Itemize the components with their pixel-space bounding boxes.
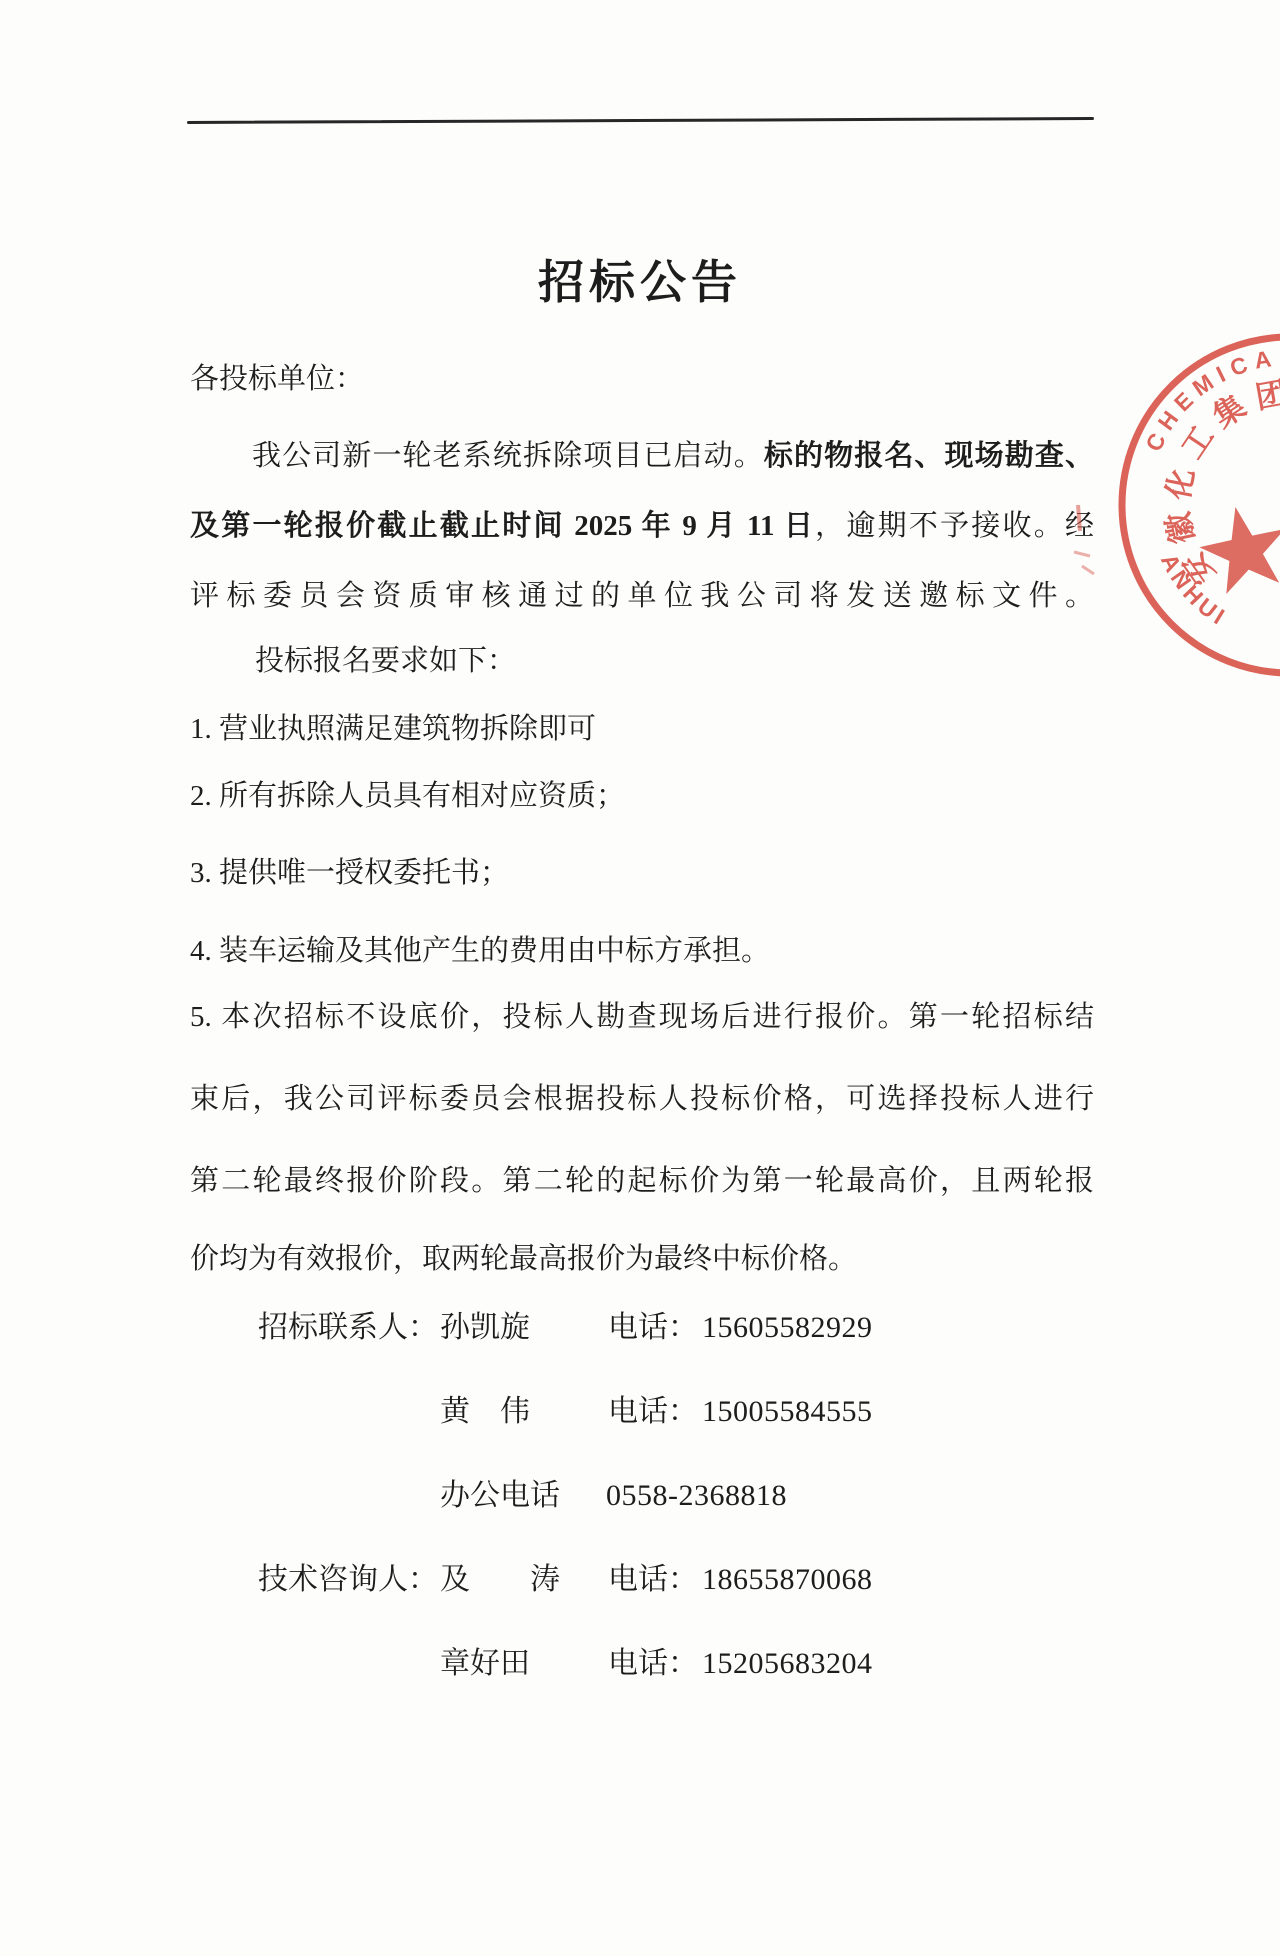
seal-ring-char: 团 [1253, 376, 1280, 416]
list-item-5-line3: 第二轮最终报价阶段。第二轮的起标价为第一轮最高价，且两轮报 [190, 1164, 1094, 1198]
seal-star-icon [1199, 507, 1280, 594]
contact-name: 黄 伟 [440, 1394, 530, 1430]
paragraph1-line1: 我公司新一轮老系统拆除项目已启动。标的物报名、现场勘查、 [190, 439, 1094, 473]
list-item-5-line1: 5. 本次招标不设底价，投标人勘查现场后进行报价。第一轮招标结 [190, 1000, 1094, 1034]
company-seal: CHEMICAL ANHUI 安 徽 化 工 集 团 [1060, 300, 1280, 720]
contact-row: 办公电话 0558-2368818 [0, 1478, 1280, 1518]
list-item-3: 3. 提供唯一授权委托书； [190, 856, 509, 890]
paragraph1-line1-bold: 标的物报名、现场勘查、 [764, 440, 1094, 472]
seal-ring-char: 徽 [1160, 509, 1201, 547]
salutation: 各投标单位： [190, 362, 364, 396]
phone-label: 电话： [608, 1562, 698, 1598]
seal-ring-char: 工 [1174, 420, 1220, 465]
paragraph1-line1-normal: 我公司新一轮老系统拆除项目已启动。 [252, 440, 764, 472]
list-item-4: 4. 装车运输及其他产生的费用由中标方承担。 [190, 934, 770, 968]
paragraph1-line2-normal: ，逾期不予接收。经 [815, 510, 1094, 542]
contact-row: 招标联系人： 孙凯旋 电话： 15605582929 [0, 1310, 1280, 1350]
list-item-5-line2: 束后，我公司评标委员会根据投标人投标价格，可选择投标人进行 [190, 1082, 1094, 1116]
phone-number: 18655870068 [702, 1562, 873, 1598]
paragraph1-line2: 及第一轮报价截止截止时间 2025 年 9 月 11 日，逾期不予接收。经 [190, 509, 1094, 543]
seal-ring-char: 化 [1160, 466, 1200, 504]
list-item-1: 1. 营业执照满足建筑物拆除即可 [190, 712, 596, 746]
contact-label: 技术咨询人： [258, 1562, 438, 1598]
document-page: 招标公告 各投标单位： 我公司新一轮老系统拆除项目已启动。标的物报名、现场勘查、… [0, 0, 1280, 1956]
contact-name: 章好田 [440, 1646, 530, 1682]
phone-label: 电话： [608, 1394, 698, 1430]
paragraph1-line2-bold: 及第一轮报价截止截止时间 2025 年 9 月 11 日 [190, 510, 815, 542]
requirements-heading: 投标报名要求如下： [255, 644, 516, 678]
contact-name: 及 涛 [440, 1562, 560, 1598]
paragraph1-line3: 评标委员会资质审核通过的单位我公司将发送邀标文件。 [190, 579, 1094, 613]
contact-row: 技术咨询人： 及 涛 电话： 18655870068 [0, 1562, 1280, 1602]
phone-number: 15005584555 [702, 1394, 873, 1430]
contact-label: 招标联系人： [258, 1310, 438, 1346]
contact-name: 孙凯旋 [440, 1310, 530, 1346]
phone-number: 15605582929 [702, 1310, 873, 1346]
top-horizontal-rule [187, 117, 1094, 124]
contact-name: 办公电话 [440, 1478, 560, 1514]
seal-ring-char: 集 [1207, 388, 1252, 434]
list-item-2: 2. 所有拆除人员具有相对应资质； [190, 779, 625, 813]
seal-stray-mark [1078, 505, 1080, 531]
phone-number: 15205683204 [702, 1646, 873, 1682]
phone-number: 0558-2368818 [606, 1478, 787, 1514]
contact-row: 黄 伟 电话： 15005584555 [0, 1394, 1280, 1434]
contact-row: 章好田 电话： 15205683204 [0, 1646, 1280, 1686]
list-item-5-line4: 价均为有效报价，取两轮最高报价为最终中标价格。 [190, 1242, 857, 1276]
phone-label: 电话： [608, 1310, 698, 1346]
phone-label: 电话： [608, 1646, 698, 1682]
seal-stray-mark [1074, 552, 1094, 574]
